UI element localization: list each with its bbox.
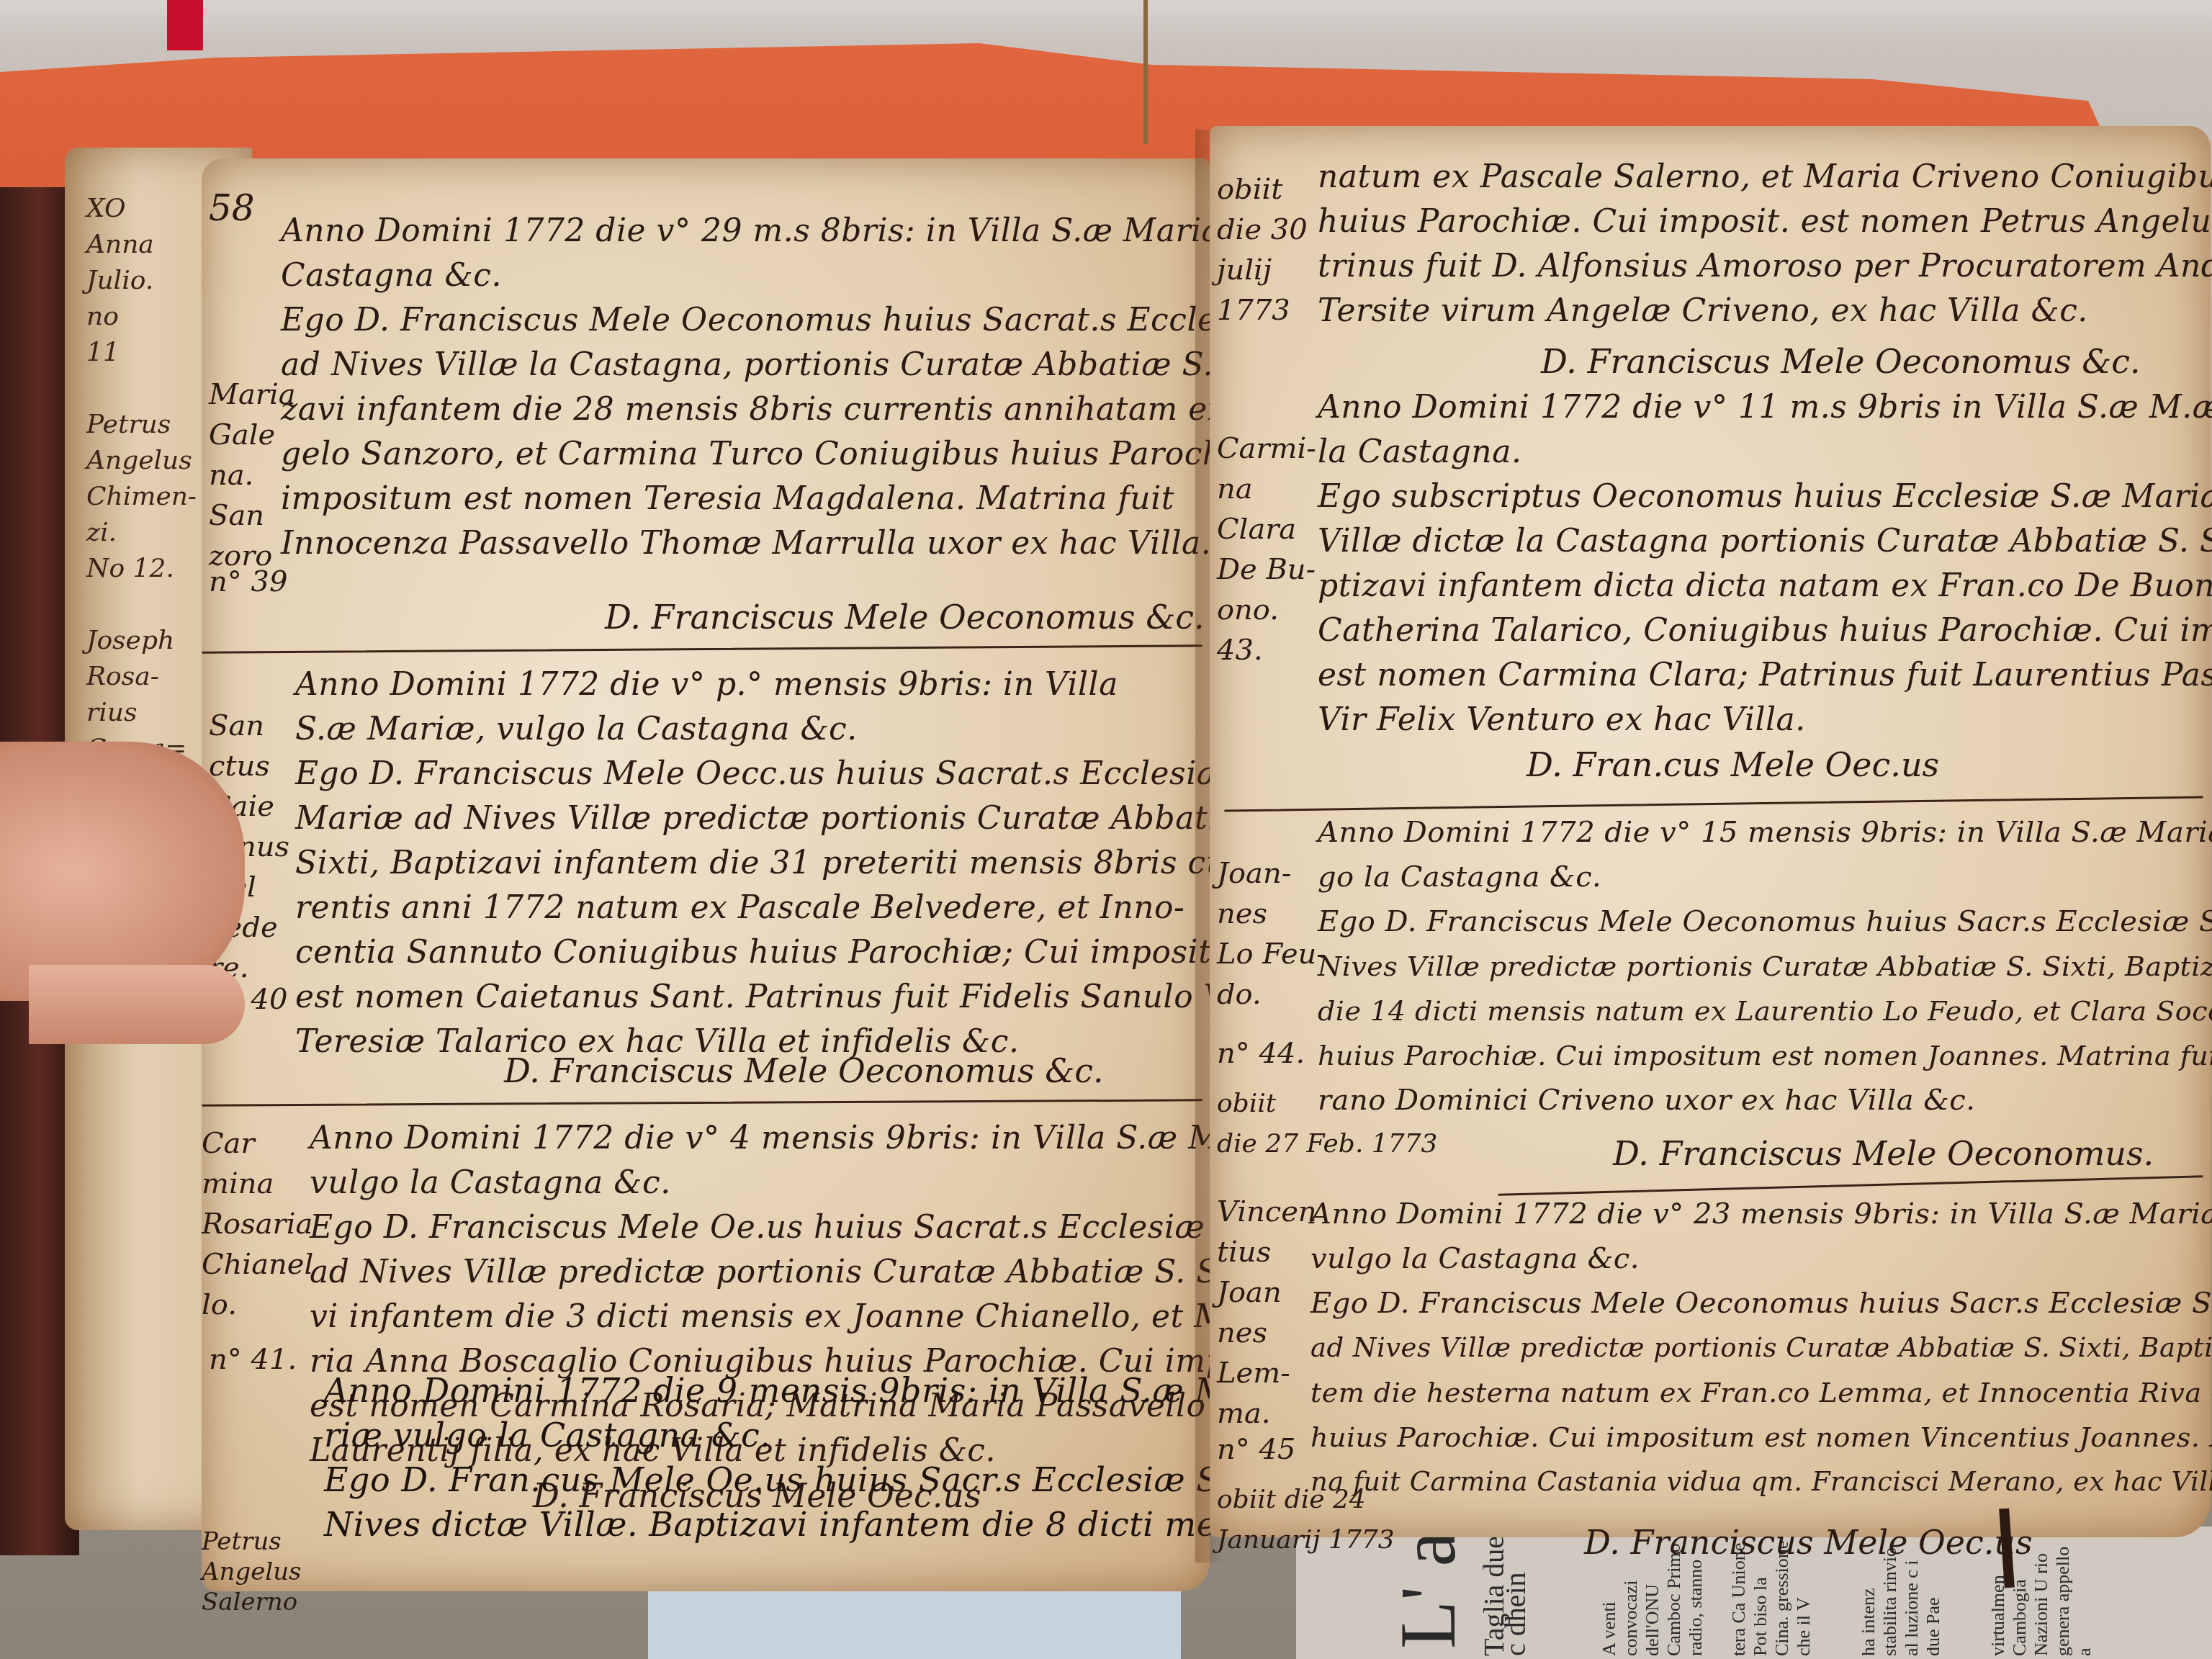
entry-line: vulgo la Castagna &c.	[1310, 1236, 2212, 1281]
entry-line: huius Parochiæ. Cui impositum est nomen …	[1310, 1415, 2212, 1460]
page-number: 58	[209, 187, 255, 229]
entry-line: Villæ dictæ la Castagna portionis Curatæ…	[1318, 519, 2212, 564]
entry-line: Catherina Talarico, Coniugibus huius Par…	[1318, 608, 2212, 653]
entry-line: Anno Domini 1772 die v° 11 m.s 9bris in …	[1318, 385, 2212, 430]
priest-signature: D. Franciscus Mele Oeconomus &c.	[605, 598, 1205, 637]
entry-line: Mariæ ad Nives Villæ predictæ portionis …	[295, 796, 1299, 841]
priest-signature: D. Franciscus Mele Oec.us	[1584, 1523, 2033, 1562]
margin-number: n° 39	[209, 562, 287, 602]
entry-line: est nomen Carmina Clara; Patrinus fuit L…	[1318, 653, 2212, 698]
entry-line: natum ex Pascale Salerno, et Maria Crive…	[1318, 155, 2212, 199]
entry-line: Ego D. Franciscus Mele Oecc.us huius Sac…	[295, 752, 1299, 796]
entry-line: Anno Domini 1772 die v° p.° mensis 9bris…	[295, 662, 1299, 707]
holding-hand	[0, 742, 245, 1001]
entry-line: S.æ Mariæ, vulgo la Castagna &c.	[295, 707, 1299, 752]
entry-line: na fuit Carmina Castania vidua qm. Franc…	[1310, 1460, 2212, 1504]
margin-name: Petrus Angelus Salerno	[202, 1527, 302, 1617]
baptism-entry: Anno Domini 1772 die v° 23 mensis 9bris:…	[1310, 1192, 2212, 1504]
entry-line: ptizavi infantem dicta dicta natam ex Fr…	[1318, 564, 2212, 608]
red-ribbon	[167, 0, 203, 50]
thumb	[29, 965, 245, 1044]
entry-line: trinus fuit D. Alfonsius Amoroso per Pro…	[1318, 244, 2212, 289]
entry-line: die 14 dicti mensis natum ex Laurentio L…	[1318, 989, 2212, 1033]
margin-number: n° 44.	[1217, 1033, 1305, 1074]
entry-line: Vir Felix Venturo ex hac Villa.	[1318, 698, 2212, 742]
right-page: obiit die 30 julij 1773 natum ex Pascale…	[1210, 126, 2211, 1537]
underlying-margin-notes: XO Anna Julio. no 11 Petrus Angelus Chim…	[86, 191, 197, 767]
death-note: obiit die 30 julij 1773	[1217, 169, 1308, 331]
margin-number: n° 41.	[209, 1339, 297, 1380]
margin-number: n° 45	[1217, 1429, 1295, 1470]
entry-line: Sixti, Baptizavi infantem die 31 preteri…	[295, 841, 1299, 886]
newspaper-subhead: Taglia due c dhein	[1483, 1534, 1527, 1656]
entry-line: Anno Domini 1772 die v° 23 mensis 9bris:…	[1310, 1192, 2212, 1236]
entry-line: Ego subscriptus Oeconomus huius Ecclesiæ…	[1318, 475, 2212, 519]
priest-signature: D. Franciscus Mele Oeconomus &c.	[504, 1051, 1104, 1090]
baptism-entry: Anno Domini 1772 die v° 15 mensis 9bris:…	[1318, 810, 2212, 1123]
entry-divider	[202, 1099, 1202, 1106]
margin-name: Car mina Rosaria Chianel lo.	[202, 1123, 313, 1325]
entry-line: est nomen Caietanus Sant. Patrinus fuit …	[295, 975, 1299, 1020]
entry-line: centia Sannuto Coniugibus huius Parochiæ…	[295, 930, 1299, 975]
entry-line: Tersite virum Angelæ Criveno, ex hac Vil…	[1318, 289, 2212, 333]
margin-number: 43.	[1217, 630, 1263, 670]
priest-signature: D. Franciscus Mele Oeconomus.	[1613, 1134, 2154, 1173]
entry-line: tem die hesterna natum ex Fran.co Lemma,…	[1310, 1370, 2212, 1415]
margin-name: Carmi- na Clara De Bu- ono.	[1217, 428, 1316, 630]
entry-line: Nives Villæ predictæ portionis Curatæ Ab…	[1318, 944, 2212, 989]
entry-line: Ego D. Franciscus Mele Oeconomus huius S…	[1310, 1281, 2212, 1326]
entry-divider	[202, 644, 1202, 654]
entry-line: go la Castagna &c.	[1318, 855, 2212, 899]
entry-line: rentis anni 1772 natum ex Pascale Belved…	[295, 886, 1299, 930]
baptism-entry: Anno Domini 1772 die v° 11 m.s 9bris in …	[1318, 385, 2212, 742]
margin-name: Vincen tius Joan nes Lem- ma.	[1217, 1192, 1317, 1434]
entry-line: rano Dominici Criveno uxor ex hac Villa …	[1318, 1078, 2212, 1123]
entry-line: la Castagna.	[1318, 430, 2212, 475]
entry-line: Ego D. Franciscus Mele Oeconomus huius S…	[1318, 899, 2212, 944]
baptism-entry: Anno Domini 1772 die v° p.° mensis 9bris…	[295, 662, 1299, 1064]
priest-signature: D. Franciscus Mele Oeconomus &c.	[1541, 342, 2141, 381]
entry-line: Anno Domini 1772 die v° 15 mensis 9bris:…	[1318, 810, 2212, 855]
entry-line: huius Parochiæ. Cui imposit. est nomen P…	[1318, 199, 2212, 244]
baptism-entry-continued: natum ex Pascale Salerno, et Maria Crive…	[1318, 155, 2212, 333]
margin-name: Joan- nes Lo Feu- do.	[1217, 853, 1326, 1015]
entry-line: ad Nives Villæ predictæ portionis Curatæ…	[1310, 1326, 2212, 1370]
entry-line: huius Parochiæ. Cui impositum est nomen …	[1318, 1033, 2212, 1078]
binding-string	[1143, 0, 1148, 144]
priest-signature: D. Fran.cus Mele Oec.us	[1527, 745, 1939, 784]
